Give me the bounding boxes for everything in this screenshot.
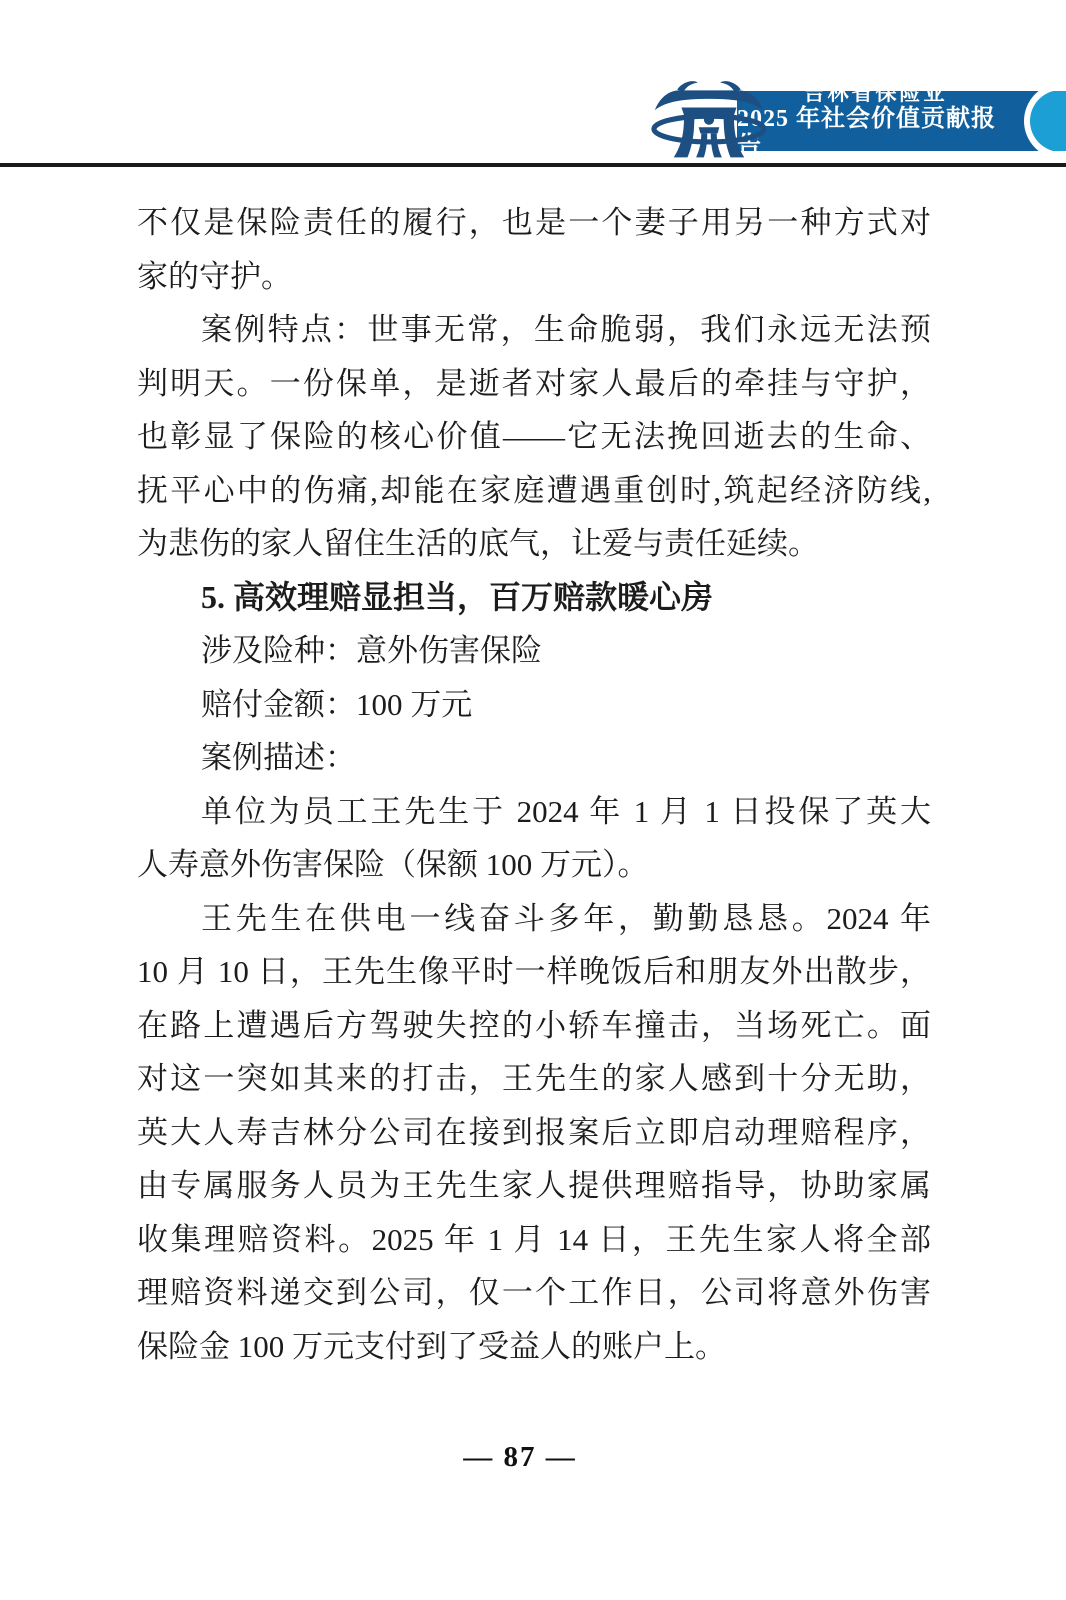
body-text-line: 英大人寿吉林分公司在接到报案后立即启动理赔程序， xyxy=(137,1106,931,1160)
body-text-line: 抚平心中的伤痛,却能在家庭遭遇重创时,筑起经济防线, xyxy=(137,464,931,518)
body-text-line: 不仅是保险责任的履行，也是一个妻子用另一种方式对 xyxy=(137,196,931,250)
body-text-line: 10 月 10 日，王先生像平时一样晚饭后和朋友外出散步， xyxy=(137,945,931,999)
banner-title: 吉林省保险业 2025 年社会价值贡献报告 xyxy=(737,91,1014,151)
body-text-line: 案例特点：世事无常，生命脆弱，我们永远无法预 xyxy=(137,303,931,357)
body-text-line: 对这一突如其来的打击，王先生的家人感到十分无助， xyxy=(137,1052,931,1106)
page-header: 吉林省保险业 2025 年社会价值贡献报告 xyxy=(0,0,1066,170)
report-page: 吉林省保险业 2025 年社会价值贡献报告 xyxy=(0,0,1066,1600)
body-text-line: 王先生在供电一线奋斗多年，勤勤恳恳。2024 年 xyxy=(137,892,931,946)
body-text-line: 涉及险种：意外伤害保险 xyxy=(137,624,931,678)
header-banner: 吉林省保险业 2025 年社会价值贡献报告 xyxy=(737,91,1066,151)
banner-title-line1: 吉林省保险业 xyxy=(804,91,948,106)
body-text-line: 为悲伤的家人留住生活的底气，让爱与责任延续。 xyxy=(137,517,931,571)
document-body: 不仅是保险责任的履行，也是一个妻子用另一种方式对家的守护。案例特点：世事无常，生… xyxy=(137,196,931,1373)
body-text-line: 由专属服务人员为王先生家人提供理赔指导，协助家属 xyxy=(137,1159,931,1213)
body-text-line: 案例描述： xyxy=(137,731,931,785)
body-text-line: 理赔资料递交到公司，仅一个工作日，公司将意外伤害 xyxy=(137,1266,931,1320)
header-divider xyxy=(0,163,1066,167)
body-text-line: 在路上遭遇后方驾驶失控的小轿车撞击，当场死亡。面 xyxy=(137,999,931,1053)
body-text-line: 也彰显了保险的核心价值——它无法挽回逝去的生命、 xyxy=(137,410,931,464)
body-text-line: 保险金 100 万元支付到了受益人的账户上。 xyxy=(137,1320,931,1374)
body-text-line: 单位为员工王先生于 2024 年 1 月 1 日投保了英大 xyxy=(137,785,931,839)
page-number: — 87 — xyxy=(0,1441,1040,1474)
body-text-line: 人寿意外伤害保险（保额 100 万元）。 xyxy=(137,838,931,892)
section-heading: 5. 高效理赔显担当，百万赔款暖心房 xyxy=(137,571,931,625)
jilin-insurance-logo xyxy=(646,80,772,166)
body-text-line: 赔付金额：100 万元 xyxy=(137,678,931,732)
body-text-line: 收集理赔资料。2025 年 1 月 14 日，王先生家人将全部 xyxy=(137,1213,931,1267)
body-text-line: 判明天。一份保单，是逝者对家人最后的牵挂与守护， xyxy=(137,357,931,411)
banner-title-line2: 2025 年社会价值贡献报告 xyxy=(737,106,1014,151)
body-text-line: 家的守护。 xyxy=(137,250,931,304)
